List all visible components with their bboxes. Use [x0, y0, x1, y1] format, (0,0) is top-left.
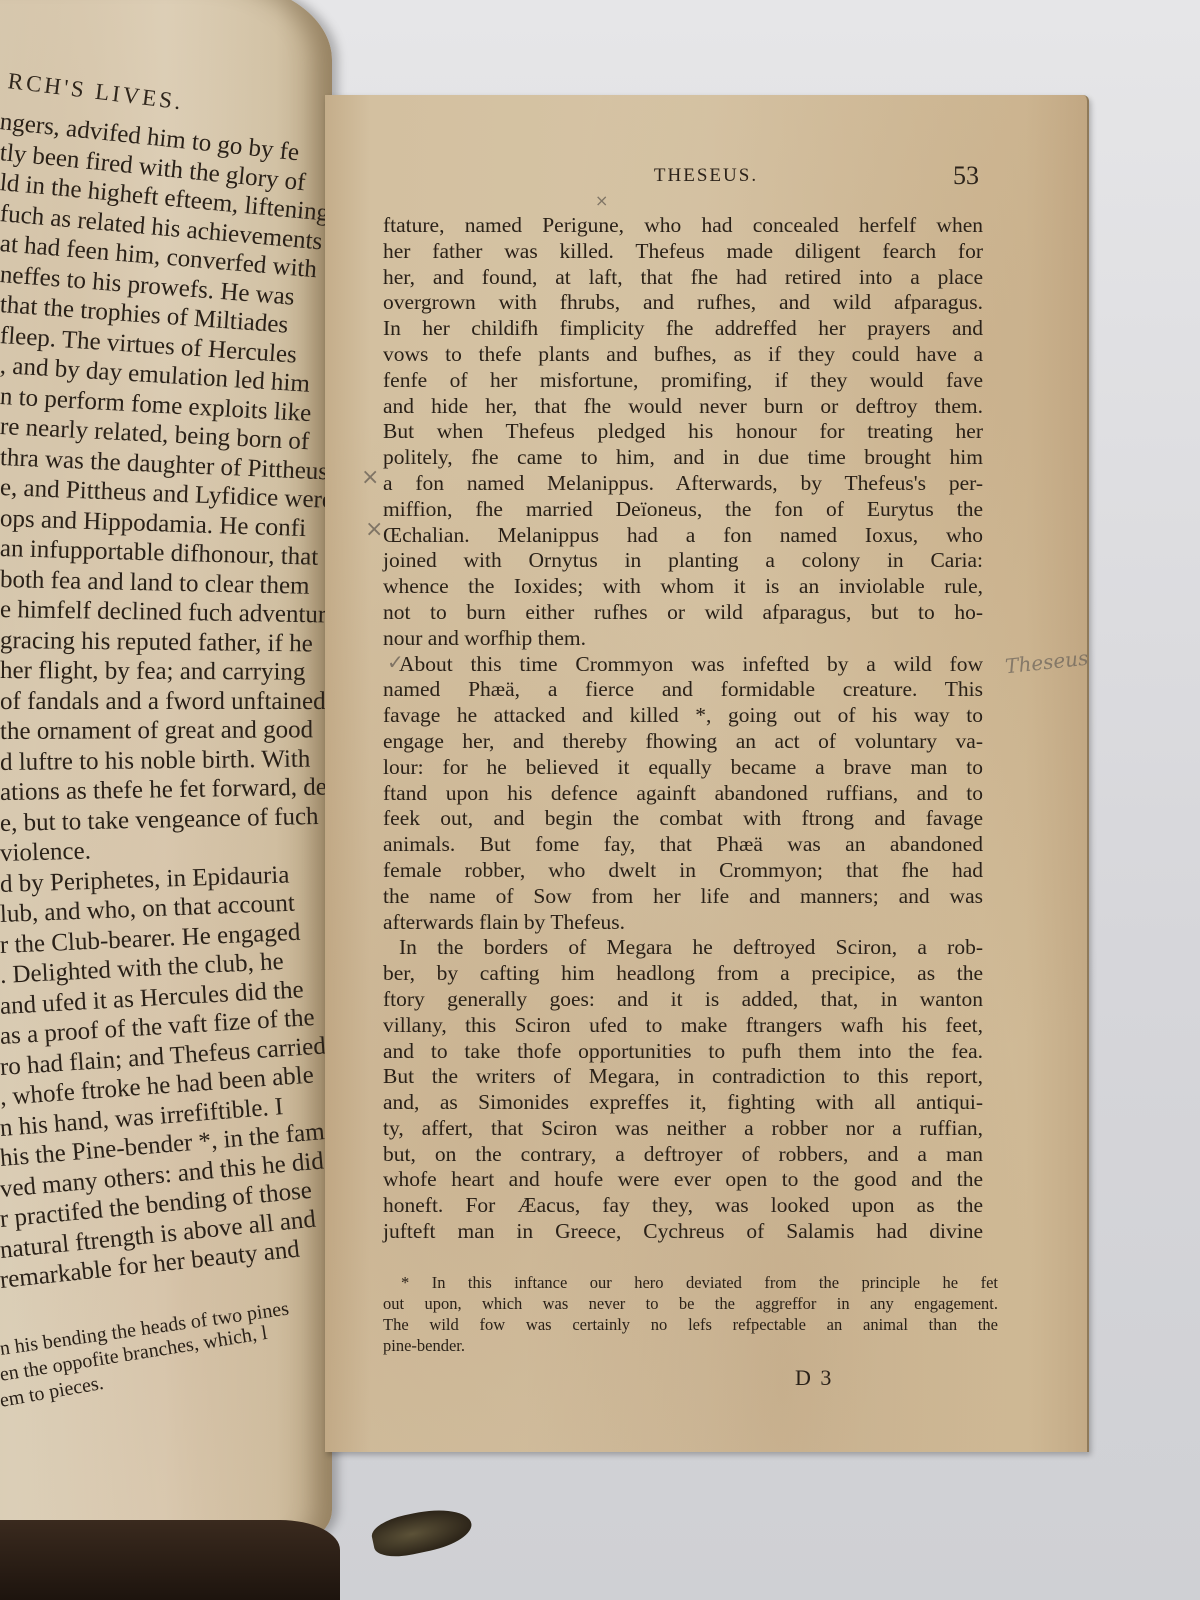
- text-line: miffion, fhe married Deïoneus, the fon o…: [383, 497, 983, 523]
- left-page: RCH'S LIVES. ngers, advifed him to go by…: [0, 0, 332, 1570]
- text-line: animals. But fome fay, that Phæä was an …: [383, 832, 983, 858]
- text-line: feek out, and begin the combat with ftro…: [383, 806, 983, 832]
- left-text-line: e himfelf declined fuch adventures: [0, 596, 332, 630]
- text-line: not to burn either rufhes or wild afpara…: [383, 600, 983, 626]
- left-text-line: gracing his reputed father, if he: [0, 627, 313, 658]
- left-text-line: both fea and land to clear them: [0, 566, 310, 601]
- text-line: ftand upon his defence againft abandoned…: [383, 781, 983, 807]
- text-line: lour: for he believed it equally became …: [383, 755, 983, 781]
- right-page: THESEUS. 53 ftature, named Perigune, who…: [325, 95, 1089, 1452]
- book-cover-edge: [0, 1520, 340, 1600]
- text-line: But the writers of Megara, in contradict…: [383, 1064, 983, 1090]
- text-line: politely, fhe came to him, and in due ti…: [383, 445, 983, 471]
- page-number: 53: [953, 161, 979, 191]
- text-line: but, on the contrary, a deftroyer of rob…: [383, 1142, 983, 1168]
- left-text-line: of fandals and a fword unftained: [0, 688, 326, 716]
- book-photo: RCH'S LIVES. ngers, advifed him to go by…: [0, 0, 1200, 1600]
- left-text-line: ations as thefe he fet forward, de: [0, 774, 327, 807]
- left-text-line: the ornament of great and good: [0, 716, 313, 746]
- text-line: But when Thefeus pledged his honour for …: [383, 419, 983, 445]
- text-line: her father was killed. Thefeus made dili…: [383, 239, 983, 265]
- text-line: In the borders of Megara he deftroyed Sc…: [383, 935, 983, 961]
- footnote: * In this inftance our hero deviated fro…: [383, 1272, 998, 1356]
- text-line: whence the Ioxides; with whom it is an i…: [383, 574, 983, 600]
- text-line: Œchalian. Melanippus had a fon named Iox…: [383, 523, 983, 549]
- text-line: About this time Crommyon was infefted by…: [383, 652, 983, 678]
- footnote-line: The wild fow was certainly no lefs refpe…: [383, 1314, 998, 1335]
- margin-annotation: Theseus: [1004, 646, 1089, 679]
- left-text-line: e, but to take vengeance of fuch: [0, 802, 319, 837]
- text-line: In her childifh fimplicity fhe addreffed…: [383, 316, 983, 342]
- text-line: nour and worfhip them.: [383, 626, 983, 652]
- text-line: her, and found, at laft, that fhe had re…: [383, 265, 983, 291]
- pencil-mark-icon: ✓: [387, 650, 404, 674]
- text-line: favage he attacked and killed *, going o…: [383, 703, 983, 729]
- text-line: overgrown with fhrubs, and rufhes, and w…: [383, 290, 983, 316]
- text-line: female robber, who dwelt in Crommyon; th…: [383, 858, 983, 884]
- text-line: joined with Ornytus in planting a colony…: [383, 548, 983, 574]
- pencil-mark-icon: ×: [365, 517, 383, 542]
- text-line: fenfe of her misfortune, promifing, if t…: [383, 368, 983, 394]
- left-text-line: her flight, by fea; and carrying: [0, 657, 306, 687]
- text-line: ftory generally goes: and it is added, t…: [383, 987, 983, 1013]
- left-running-head: RCH'S LIVES.: [6, 68, 185, 115]
- pencil-mark-icon: ×: [361, 465, 379, 490]
- text-line: ty, affert, that Sciron was neither a ro…: [383, 1116, 983, 1142]
- footnote-line: pine-bender.: [383, 1335, 998, 1356]
- signature-mark: D 3: [795, 1365, 833, 1391]
- text-line: honeft. For Æacus, fay they, was looked …: [383, 1193, 983, 1219]
- text-line: villany, this Sciron ufed to make ftrang…: [383, 1013, 983, 1039]
- left-text-line: d luftre to his noble birth. With: [0, 745, 310, 776]
- text-line: a fon named Melanippus. Afterwards, by T…: [383, 471, 983, 497]
- footnote-line: * In this inftance our hero deviated fro…: [383, 1272, 998, 1293]
- text-line: and to take thofe opportunities to pufh …: [383, 1039, 983, 1065]
- text-line: whofe heart and houfe were ever open to …: [383, 1167, 983, 1193]
- text-line: vows to thefe plants and bufhes, as if t…: [383, 342, 983, 368]
- text-line: engage her, and thereby fhowing an act o…: [383, 729, 983, 755]
- footnote-line: out upon, which was never to be the aggr…: [383, 1293, 998, 1314]
- text-line: jufteft man in Greece, Cychreus of Salam…: [383, 1219, 983, 1245]
- text-line: afterwards flain by Thefeus.: [383, 910, 983, 936]
- text-line: named Phæä, a fierce and formidable crea…: [383, 677, 983, 703]
- body-text: ftature, named Perigune, who had conceal…: [383, 213, 983, 1245]
- text-line: and, as Simonides expreffes it, fighting…: [383, 1090, 983, 1116]
- text-line: and hide her, that fhe would never burn …: [383, 394, 983, 420]
- binding-debris: [369, 1502, 475, 1562]
- text-line: ber, by cafting him headlong from a prec…: [383, 961, 983, 987]
- left-text-line: violence.: [0, 837, 91, 867]
- text-line: ftature, named Perigune, who had conceal…: [383, 213, 983, 239]
- text-line: the name of Sow from her life and manner…: [383, 884, 983, 910]
- pencil-mark-icon: ×: [595, 191, 608, 210]
